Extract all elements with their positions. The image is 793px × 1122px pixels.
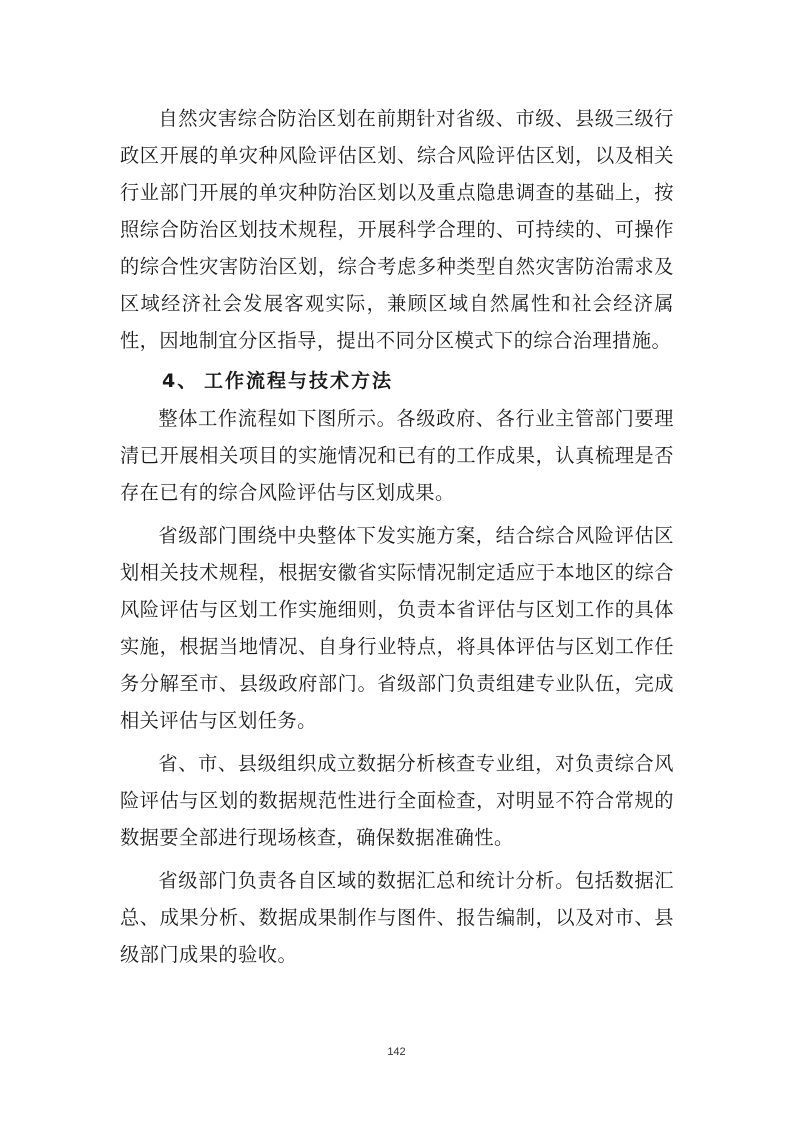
document-page: 自然灾害综合防治区划在前期针对省级、市级、县级三级行政区开展的单灾种风险评估区划… (120, 100, 674, 973)
section-heading: 4、工作流程与技术方法 (120, 363, 674, 400)
page-number: 142 (0, 1046, 793, 1058)
paragraph-verification: 省、市、县级组织成立数据分析核查专业组，对负责综合风险评估与区划的数据规范性进行… (120, 745, 674, 856)
paragraph-summary: 省级部门负责各自区域的数据汇总和统计分析。包括数据汇总、成果分析、数据成果制作与… (120, 862, 674, 973)
section-number: 4、 (162, 363, 204, 400)
paragraph-provincial: 省级部门围绕中央整体下发实施方案，结合综合风险评估区划相关技术规程，根据安徽省实… (120, 517, 674, 739)
paragraph-workflow: 整体工作流程如下图所示。各级政府、各行业主管部门要理清已开展相关项目的实施情况和… (120, 400, 674, 511)
paragraph-intro: 自然灾害综合防治区划在前期针对省级、市级、县级三级行政区开展的单灾种风险评估区划… (120, 100, 674, 359)
section-title: 工作流程与技术方法 (204, 370, 393, 392)
